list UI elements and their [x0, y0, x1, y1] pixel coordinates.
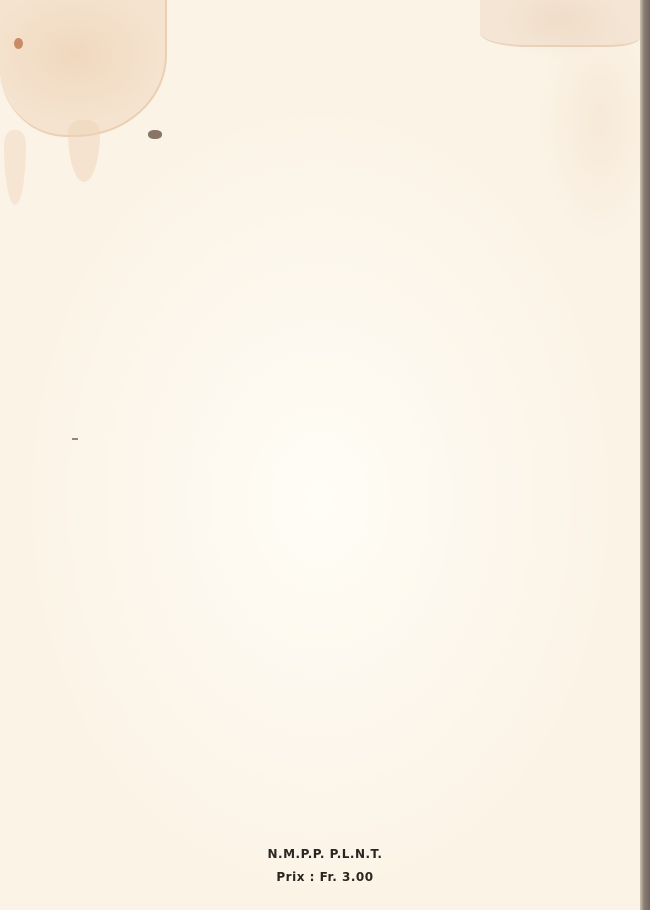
- book-spine-edge: [640, 0, 650, 910]
- price-text: Prix : Fr. 3.00: [0, 866, 650, 889]
- imprint-block: N.M.P.P. P.L.N.T. Prix : Fr. 3.00: [0, 843, 650, 889]
- water-stain-top: [480, 0, 640, 47]
- water-stain-drip: [4, 130, 26, 205]
- dirt-speck: [148, 130, 162, 139]
- back-cover: [0, 0, 640, 910]
- distributor-text: N.M.P.P. P.L.N.T.: [0, 843, 650, 866]
- water-stain-drip: [68, 120, 100, 182]
- dirt-speck: [72, 438, 78, 440]
- stain-spot: [14, 38, 23, 49]
- water-stain: [0, 0, 167, 137]
